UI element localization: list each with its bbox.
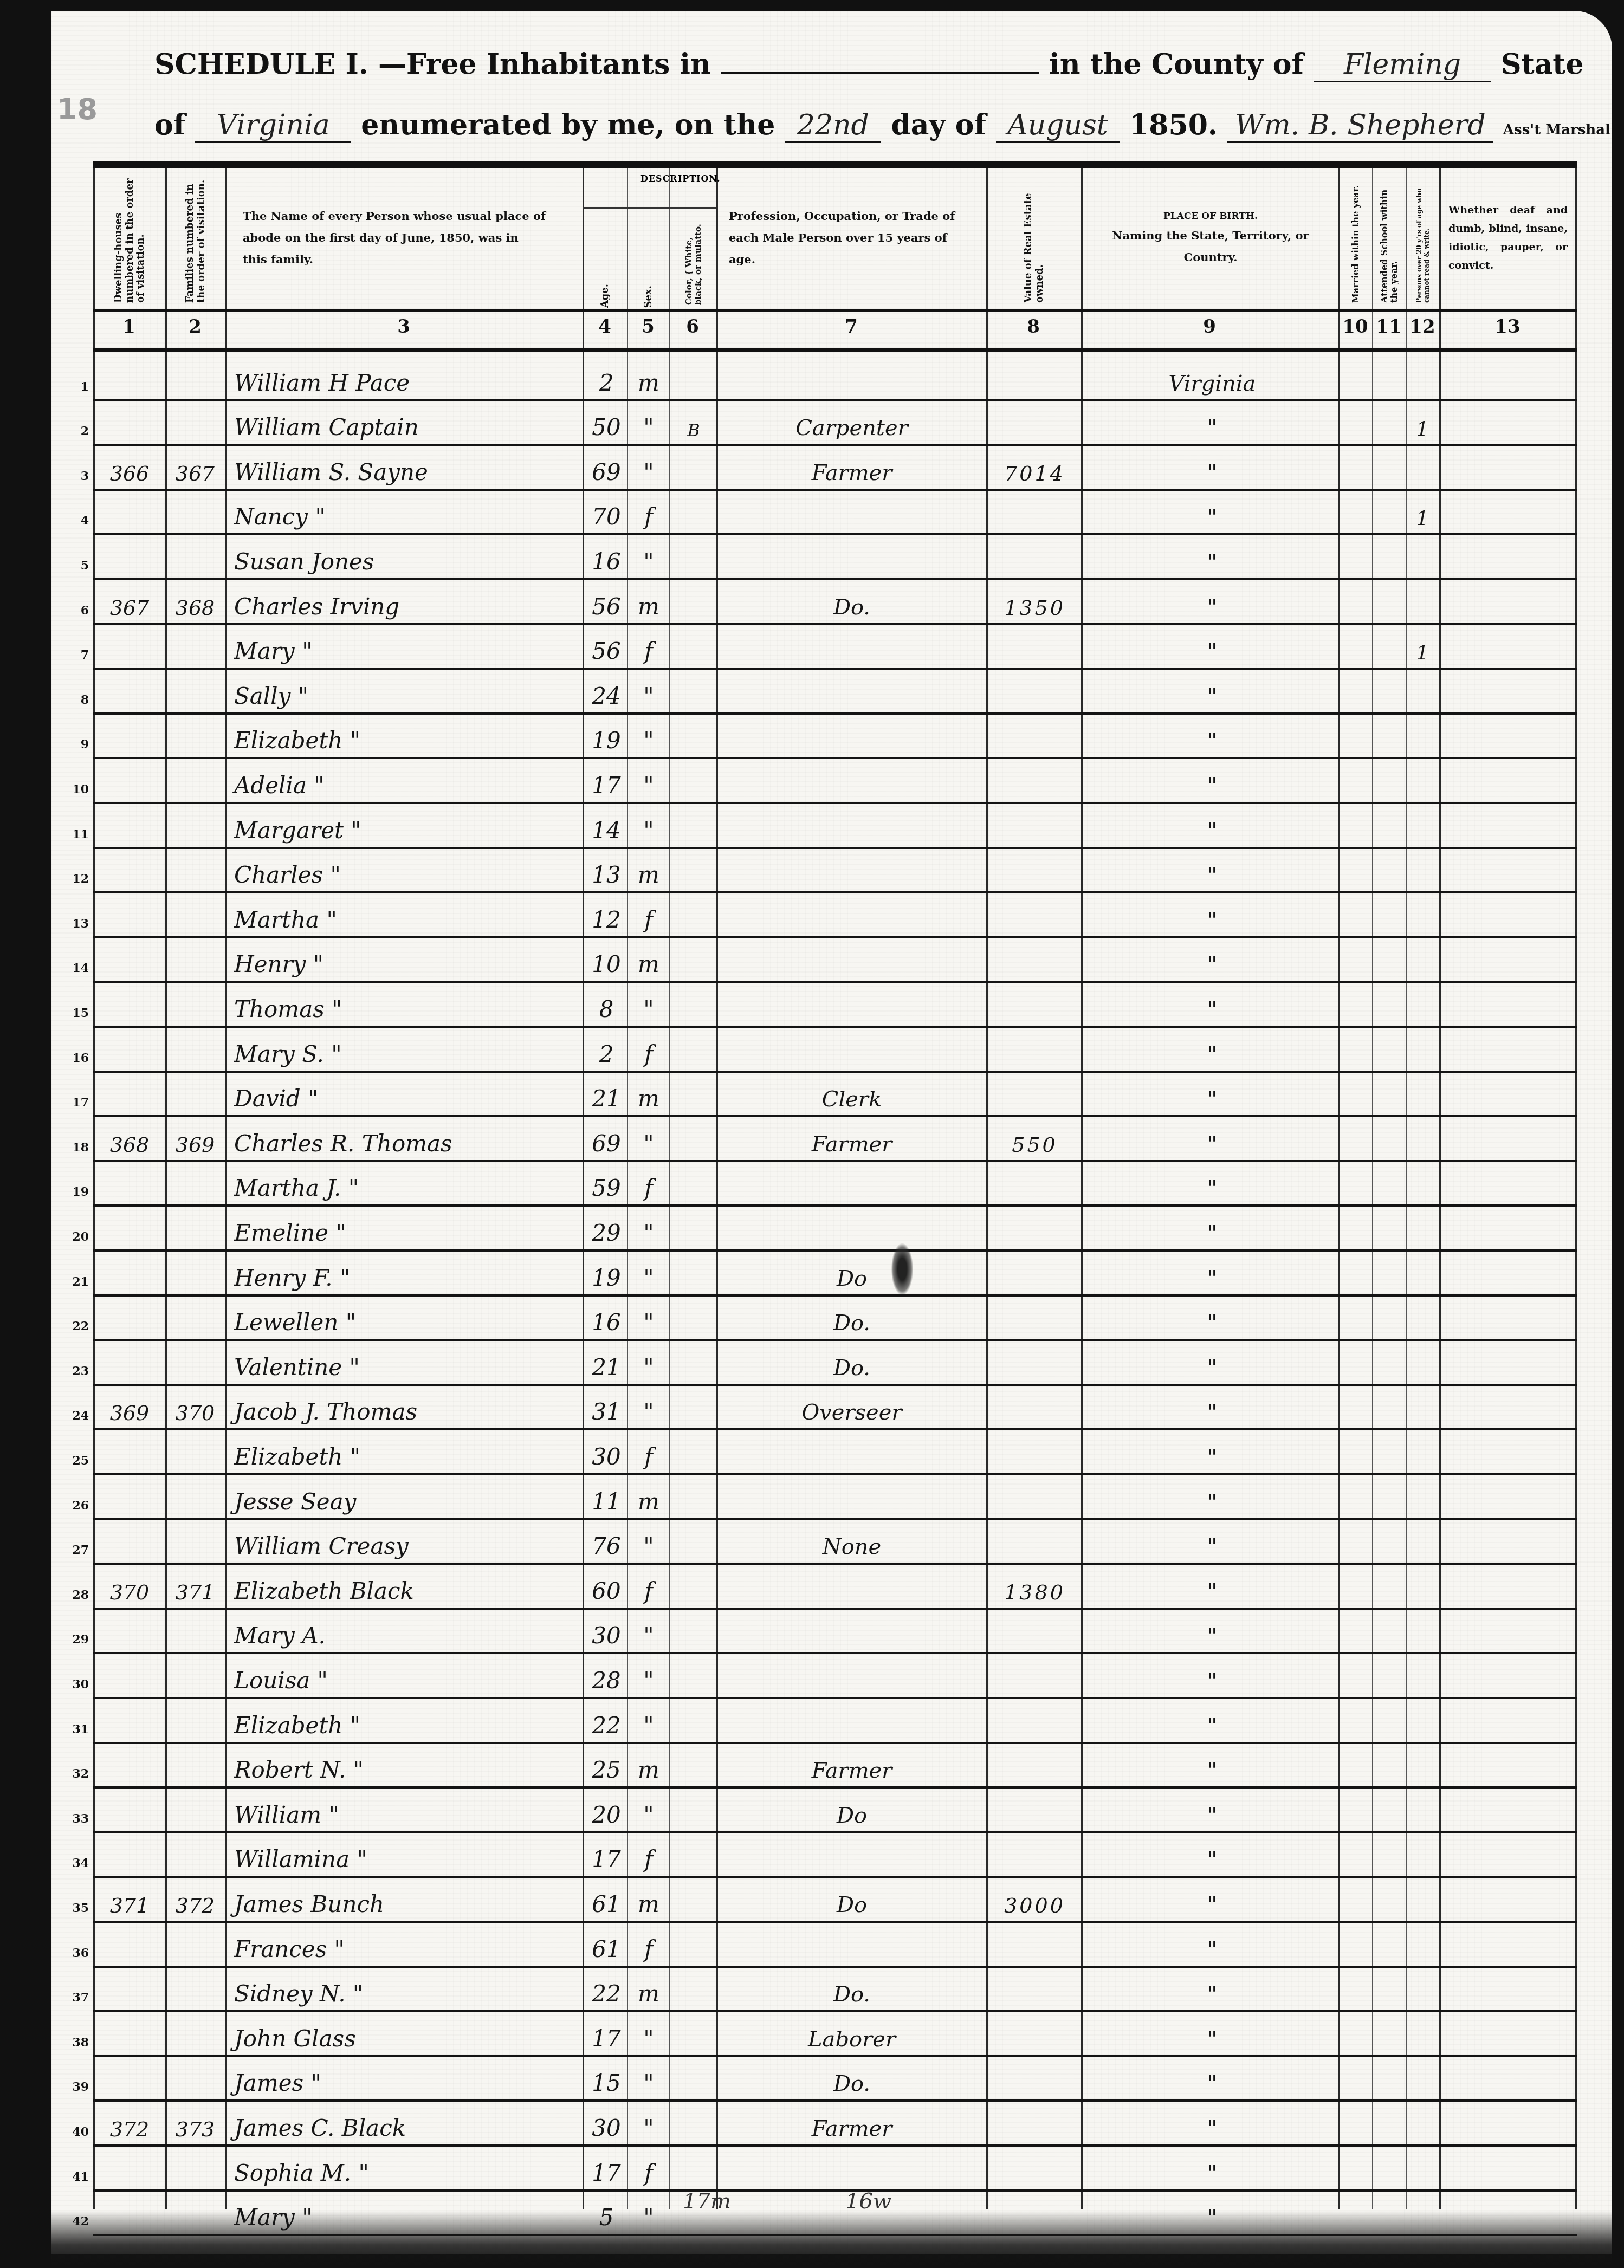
person-name: Thomas " [234, 996, 581, 1022]
line-number: 6 [65, 604, 89, 618]
real-estate-value: 1380 [990, 1580, 1079, 1604]
line-number: 19 [65, 1185, 89, 1199]
sex-value: " [630, 414, 668, 440]
real-estate-value: 7014 [990, 462, 1079, 485]
table-row: 18368369Charles R. Thomas69"Farmer550" [93, 1117, 1577, 1162]
table-row: 29Mary A.30"" [93, 1610, 1577, 1655]
line-number: 16 [65, 1051, 89, 1065]
line-number: 5 [65, 559, 89, 573]
line-number: 25 [65, 1454, 89, 1468]
line-number: 22 [65, 1319, 89, 1333]
sex-value: f [630, 1041, 668, 1067]
sex-value: m [630, 861, 668, 888]
age-value: 56 [585, 638, 627, 664]
age-value: 19 [585, 727, 627, 754]
day-of-text: day of [891, 108, 986, 141]
family-number: 370 [168, 1401, 222, 1425]
line-number: 20 [65, 1230, 89, 1244]
family-number: 368 [168, 596, 222, 620]
sex-value: " [630, 727, 668, 754]
header-name: The Name of every Person whose usual pla… [227, 168, 583, 308]
person-name: James C. Black [234, 2115, 581, 2141]
header-color: Color, { White, black, or mulatto. [671, 210, 716, 308]
sex-value: f [630, 503, 668, 530]
dwelling-number: 372 [98, 2117, 161, 2141]
sex-value: m [630, 1085, 668, 1112]
birthplace-value: " [1085, 1176, 1340, 1201]
birthplace-value: " [1085, 1087, 1340, 1112]
person-name: Martha " [234, 906, 581, 933]
table-row: 30Louisa "28"" [93, 1654, 1577, 1699]
age-value: 17 [585, 2025, 627, 2052]
sex-value: " [630, 817, 668, 844]
enumerated-text: enumerated by me, on the [361, 108, 775, 141]
table-row: 22Lewellen "16"Do." [93, 1297, 1577, 1342]
day-field: 22nd [785, 109, 881, 143]
sex-value: " [630, 459, 668, 485]
occupation-value: Do. [722, 1311, 982, 1336]
real-estate-value: 1350 [990, 596, 1079, 620]
person-name: Valentine " [234, 1354, 581, 1381]
person-name: Martha J. " [234, 1175, 581, 1201]
birthplace-value: " [1085, 997, 1340, 1022]
occupation-value: Laborer [722, 2027, 982, 2052]
header-rule [93, 309, 1577, 312]
subdivision-field [721, 72, 1039, 74]
table-row: 17David "21mClerk" [93, 1073, 1577, 1118]
age-value: 13 [585, 861, 627, 888]
person-name: Lewellen " [234, 1309, 581, 1336]
occupation-value: Do [722, 1266, 982, 1291]
sex-value: " [630, 1354, 668, 1381]
birthplace-value: " [1085, 1758, 1340, 1783]
table-row: 12Charles "13m" [93, 849, 1577, 894]
line-number: 41 [65, 2170, 89, 2184]
line-number: 31 [65, 1722, 89, 1736]
sex-value: " [630, 1622, 668, 1649]
person-name: Nancy " [234, 503, 581, 530]
illiterate-mark: 1 [1406, 508, 1439, 530]
marshal-label: Ass't Marshal. [1503, 122, 1615, 138]
birthplace-value: " [1085, 1490, 1340, 1515]
sex-value: " [630, 548, 668, 575]
sex-value: m [630, 1757, 668, 1783]
sex-value: m [630, 951, 668, 977]
schedule-title: SCHEDULE I. —Free Inhabitants in in the … [154, 48, 1583, 82]
line-number: 4 [65, 514, 89, 528]
person-name: Margaret " [234, 817, 581, 844]
person-name: Elizabeth Black [234, 1578, 581, 1604]
dwelling-number: 370 [98, 1580, 161, 1604]
header-school: Attended School within the year. [1374, 168, 1406, 308]
birthplace-value: " [1085, 863, 1340, 888]
header-real-estate: Value of Real Estate owned. [988, 168, 1081, 308]
header-illiterate: Persons over 20 y'rs of age who cannot r… [1407, 168, 1439, 308]
sex-value: " [630, 2115, 668, 2141]
birthplace-value: " [1085, 505, 1340, 530]
person-name: James Bunch [234, 1891, 581, 1917]
birthplace-value: " [1085, 2071, 1340, 2096]
line-number: 7 [65, 648, 89, 662]
scan-edge-shadow [51, 2211, 1612, 2268]
family-number: 371 [168, 1580, 222, 1604]
table-row: 27William Creasy76"None" [93, 1520, 1577, 1565]
line-number: 36 [65, 1946, 89, 1960]
line-number: 18 [65, 1141, 89, 1155]
occupation-value: Carpenter [722, 416, 982, 440]
birthplace-value: " [1085, 1893, 1340, 1917]
table-row: 8Sally "24"" [93, 670, 1577, 715]
sex-value: " [630, 2070, 668, 2096]
sex-value: f [630, 1578, 668, 1604]
birthplace-value: " [1085, 729, 1340, 754]
birthplace-value: " [1085, 1848, 1340, 1872]
line-number: 27 [65, 1543, 89, 1557]
sex-value: f [630, 1175, 668, 1201]
column-number: 2 [179, 316, 211, 338]
birthplace-value: " [1085, 1624, 1340, 1649]
table-row: 5Susan Jones16"" [93, 535, 1577, 580]
age-value: 22 [585, 1980, 627, 2007]
birthplace-value: " [1085, 2027, 1340, 2052]
occupation-value: Do. [722, 595, 982, 620]
table-row: 20Emeline "29"" [93, 1207, 1577, 1252]
age-value: 29 [585, 1220, 627, 1246]
column-number: 5 [632, 316, 664, 338]
line-number: 26 [65, 1499, 89, 1513]
table-row: 6367368Charles Irving56mDo.1350" [93, 580, 1577, 625]
age-value: 25 [585, 1757, 627, 1783]
table-row: 24369370Jacob J. Thomas31"Overseer" [93, 1386, 1577, 1431]
line-number: 39 [65, 2080, 89, 2094]
state-field: Virginia [195, 109, 351, 143]
column-number: 1 [113, 316, 145, 338]
birthplace-value: " [1085, 1356, 1340, 1381]
header-family: Families numbered in the order of visita… [167, 168, 225, 308]
table-row: 19Martha J. "59f" [93, 1162, 1577, 1207]
line-number: 14 [65, 961, 89, 975]
age-value: 16 [585, 548, 627, 575]
column-number: 7 [835, 316, 868, 338]
family-number: 367 [168, 462, 222, 485]
age-value: 10 [585, 951, 627, 977]
line-number: 28 [65, 1588, 89, 1602]
illiterate-mark: 1 [1406, 418, 1439, 440]
person-name: Charles R. Thomas [234, 1130, 581, 1157]
header-disability: Whether deaf and dumb, blind, insane, id… [1441, 168, 1575, 308]
sex-value: m [630, 1980, 668, 2007]
line-number: 23 [65, 1364, 89, 1378]
line-number: 29 [65, 1632, 89, 1647]
birthplace-value: " [1085, 1400, 1340, 1425]
line-number: 9 [65, 737, 89, 751]
family-number: 369 [168, 1133, 222, 1157]
sex-value: f [630, 906, 668, 933]
sex-value: " [630, 1398, 668, 1425]
person-name: Jacob J. Thomas [234, 1398, 581, 1425]
person-name: Sophia M. " [234, 2160, 581, 2186]
person-name: William " [234, 1802, 581, 1828]
person-name: Charles Irving [234, 593, 581, 620]
sex-value: m [630, 370, 668, 396]
age-value: 61 [585, 1891, 627, 1917]
sex-value: f [630, 1936, 668, 1962]
table-row: 14Henry "10m" [93, 938, 1577, 983]
table-row: 11Margaret "14"" [93, 804, 1577, 849]
person-name: James " [234, 2070, 581, 2096]
table-row: 26Jesse Seay11m" [93, 1475, 1577, 1520]
birthplace-value: " [1085, 1534, 1340, 1559]
table-row: 16Mary S. "2f" [93, 1028, 1577, 1073]
person-name: Jesse Seay [234, 1488, 581, 1515]
line-number: 8 [65, 693, 89, 707]
line-number: 10 [65, 782, 89, 796]
person-name: Sidney N. " [234, 1980, 581, 2007]
age-value: 15 [585, 2070, 627, 2096]
sex-value: m [630, 1891, 668, 1917]
table-row: 7Mary "56f"1 [93, 625, 1577, 670]
sex-value: " [630, 1220, 668, 1246]
occupation-value: Clerk [722, 1087, 982, 1112]
age-value: 59 [585, 1175, 627, 1201]
line-number: 40 [65, 2125, 89, 2139]
sex-value: " [630, 683, 668, 709]
sex-value: " [630, 1533, 668, 1559]
line-number: 34 [65, 1856, 89, 1870]
occupation-value: Farmer [722, 461, 982, 485]
person-name: Mary A. [234, 1622, 581, 1649]
year-text: 1850. [1129, 108, 1218, 141]
age-value: 60 [585, 1578, 627, 1604]
header-married: Married within the year. [1340, 168, 1372, 308]
age-value: 14 [585, 817, 627, 844]
table-row: 38John Glass17"Laborer" [93, 2012, 1577, 2057]
person-name: John Glass [234, 2025, 581, 2052]
birthplace-value: " [1085, 2116, 1340, 2141]
birthplace-value: " [1085, 595, 1340, 620]
line-number: 32 [65, 1767, 89, 1781]
county-prefix: in the County of [1049, 48, 1304, 81]
birthplace-value: " [1085, 1982, 1340, 2007]
sex-value: " [630, 2025, 668, 2052]
column-number: 9 [1193, 316, 1226, 338]
margin-page-number: 18 [57, 92, 98, 126]
column-number: 3 [387, 316, 420, 338]
line-number: 33 [65, 1812, 89, 1826]
line-number: 35 [65, 1901, 89, 1915]
age-value: 21 [585, 1354, 627, 1381]
census-table: Dwelling-houses numbered in the order of… [93, 161, 1577, 2242]
table-row: 37Sidney N. "22mDo." [93, 1968, 1577, 2013]
table-row: 36Frances "61f" [93, 1923, 1577, 1968]
person-name: Elizabeth " [234, 727, 581, 754]
table-row: 1William H Pace2mVirginia [93, 357, 1577, 401]
schedule-text: —Free Inhabitants in [378, 48, 711, 81]
occupation-value: Do. [722, 1356, 982, 1381]
marshal-signature: Wm. B. Shepherd [1227, 109, 1493, 143]
county-field: Fleming [1314, 48, 1491, 82]
age-value: 28 [585, 1667, 627, 1694]
line-number: 3 [65, 469, 89, 483]
sex-value: m [630, 1488, 668, 1515]
sex-value: " [630, 1802, 668, 1828]
age-value: 61 [585, 1936, 627, 1962]
table-row: 32Robert N. "25mFarmer" [93, 1744, 1577, 1789]
real-estate-value: 550 [990, 1133, 1079, 1157]
birthplace-value: " [1085, 1132, 1340, 1157]
person-name: Sally " [234, 683, 581, 709]
table-row: 31Elizabeth "22"" [93, 1699, 1577, 1744]
person-name: Mary S. " [234, 1041, 581, 1067]
age-value: 19 [585, 1265, 627, 1291]
table-row: 9Elizabeth "19"" [93, 715, 1577, 760]
family-number: 373 [168, 2117, 222, 2141]
color-value: B [672, 420, 715, 440]
occupation-value: Do [722, 1803, 982, 1828]
line-number: 1 [65, 380, 89, 394]
person-name: Willamina " [234, 1846, 581, 1872]
birthplace-value: " [1085, 1221, 1340, 1246]
column-number-rule [93, 348, 1577, 352]
table-row: 3366367William S. Sayne69"Farmer7014" [93, 446, 1577, 491]
sex-value: m [630, 593, 668, 620]
column-number: 13 [1491, 316, 1524, 338]
age-value: 17 [585, 1846, 627, 1872]
occupation-value: Farmer [722, 1132, 982, 1157]
birthplace-value: " [1085, 1669, 1340, 1694]
person-name: Robert N. " [234, 1757, 581, 1783]
age-value: 56 [585, 593, 627, 620]
person-name: Charles " [234, 861, 581, 888]
month-field: August [996, 109, 1120, 143]
birthplace-value: " [1085, 774, 1340, 799]
birthplace-value: Virginia [1085, 371, 1340, 396]
table-row: 15Thomas "8"" [93, 983, 1577, 1028]
age-value: 11 [585, 1488, 627, 1515]
person-name: Henry F. " [234, 1265, 581, 1291]
birthplace-value: " [1085, 639, 1340, 664]
column-number: 8 [1017, 316, 1050, 338]
line-number: 37 [65, 1991, 89, 2005]
age-value: 17 [585, 772, 627, 799]
sex-value: " [630, 772, 668, 799]
sex-value: " [630, 1667, 668, 1694]
age-value: 21 [585, 1085, 627, 1112]
birthplace-value: " [1085, 819, 1340, 844]
line-number: 12 [65, 872, 89, 886]
person-name: Susan Jones [234, 548, 581, 575]
table-row: 10Adelia "17"" [93, 759, 1577, 804]
table-row: 28370371Elizabeth Black60f1380" [93, 1565, 1577, 1610]
age-value: 2 [585, 1041, 627, 1067]
birthplace-value: " [1085, 1445, 1340, 1470]
column-number: 10 [1339, 316, 1371, 338]
age-value: 50 [585, 414, 627, 440]
age-value: 31 [585, 1398, 627, 1425]
state-suffix: State [1501, 48, 1583, 81]
table-row: 33William "20"Do" [93, 1789, 1577, 1833]
table-row: 35371372James Bunch61mDo3000" [93, 1878, 1577, 1923]
schedule-label: SCHEDULE I. [154, 48, 368, 81]
occupation-value: None [722, 1534, 982, 1559]
sex-value: f [630, 2160, 668, 2186]
occupation-value: Farmer [722, 2116, 982, 2141]
table-row: 41Sophia M. "17f" [93, 2147, 1577, 2192]
ink-blot [891, 1243, 913, 1295]
real-estate-value: 3000 [990, 1894, 1079, 1917]
birthplace-value: " [1085, 952, 1340, 977]
birthplace-value: " [1085, 1579, 1340, 1604]
birthplace-value: " [1085, 2161, 1340, 2186]
occupation-value: Do [722, 1893, 982, 1917]
column-number: 4 [588, 316, 621, 338]
header-sex: Sex. [629, 210, 669, 308]
sex-value: f [630, 1443, 668, 1470]
person-name: Louisa " [234, 1667, 581, 1694]
age-value: 70 [585, 503, 627, 530]
birthplace-value: " [1085, 1266, 1340, 1291]
dwelling-number: 368 [98, 1133, 161, 1157]
dwelling-number: 366 [98, 462, 161, 485]
top-rule [93, 161, 1577, 168]
person-name: William H Pace [234, 370, 581, 396]
sex-value: " [630, 1265, 668, 1291]
line-number: 2 [65, 424, 89, 438]
age-value: 24 [585, 683, 627, 709]
sex-value: " [630, 996, 668, 1022]
dwelling-number: 369 [98, 1401, 161, 1425]
illiterate-mark: 1 [1406, 642, 1439, 664]
table-row: 2William Captain50"BCarpenter"1 [93, 401, 1577, 446]
table-row: 13Martha "12f" [93, 893, 1577, 938]
birthplace-value: " [1085, 908, 1340, 933]
line-number: 17 [65, 1096, 89, 1110]
age-value: 30 [585, 1443, 627, 1470]
person-name: David " [234, 1085, 581, 1112]
birthplace-value: " [1085, 461, 1340, 485]
column-number: 12 [1406, 316, 1439, 338]
person-name: Adelia " [234, 772, 581, 799]
birthplace-value: " [1085, 1937, 1340, 1962]
header-description: DESCRIPTION. [640, 173, 721, 184]
birthplace-value: " [1085, 1042, 1340, 1067]
occupation-value: Overseer [722, 1400, 982, 1425]
age-value: 22 [585, 1712, 627, 1739]
birthplace-value: " [1085, 1714, 1340, 1739]
column-number: 11 [1373, 316, 1405, 338]
person-name: Mary " [234, 638, 581, 664]
person-name: Henry " [234, 951, 581, 977]
occupation-value: Do. [722, 1982, 982, 2007]
person-name: Elizabeth " [234, 1712, 581, 1739]
dwelling-number: 367 [98, 596, 161, 620]
person-name: William Captain [234, 414, 581, 440]
age-value: 8 [585, 996, 627, 1022]
age-value: 12 [585, 906, 627, 933]
line-number: 24 [65, 1409, 89, 1423]
line-number: 30 [65, 1677, 89, 1692]
age-value: 69 [585, 1130, 627, 1157]
age-value: 69 [585, 459, 627, 485]
age-value: 16 [585, 1309, 627, 1336]
birthplace-value: " [1085, 550, 1340, 575]
table-row: 23Valentine "21"Do." [93, 1341, 1577, 1386]
occupation-value: Farmer [722, 1758, 982, 1783]
birthplace-value: " [1085, 416, 1340, 440]
header-age: Age. [584, 210, 627, 308]
person-name: Emeline " [234, 1220, 581, 1246]
table-row: 21Henry F. "19"Do" [93, 1252, 1577, 1297]
